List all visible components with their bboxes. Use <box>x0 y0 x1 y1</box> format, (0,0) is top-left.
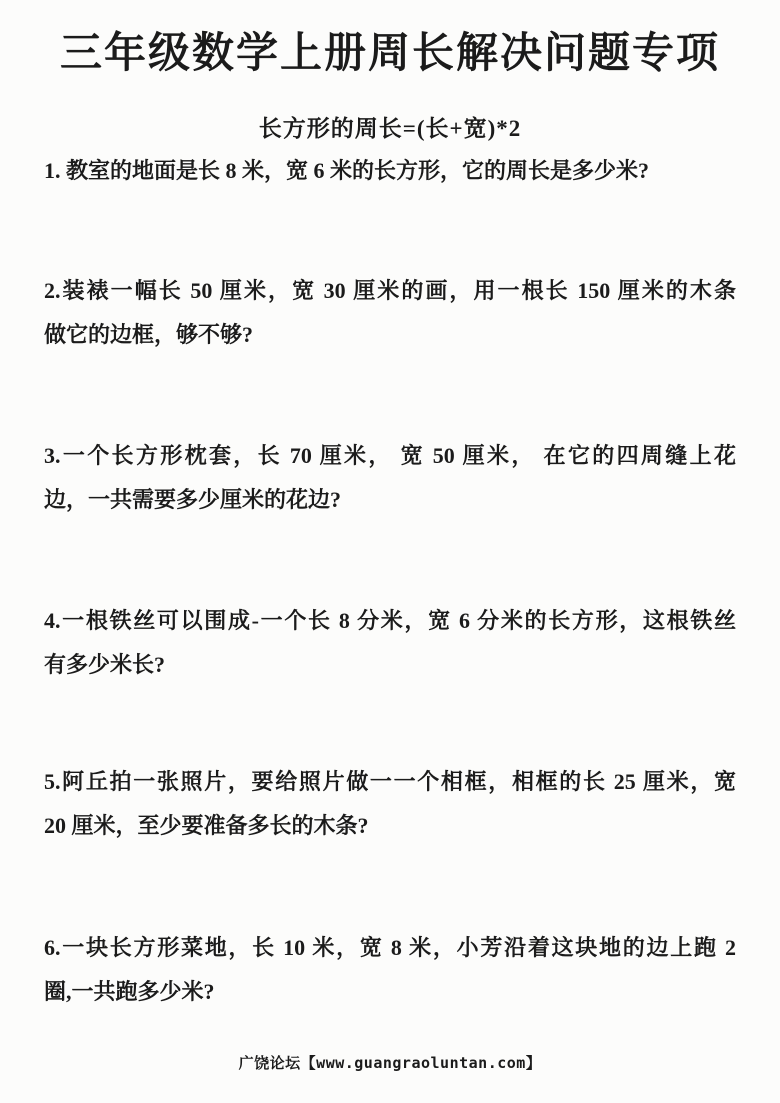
problem-4-line-1: 4.一根铁丝可以围成-一个长 8 分米，宽 6 分米的长方形，这根铁丝 <box>44 599 736 643</box>
formula-line: 长方形的周长=(长+宽)*2 <box>0 116 780 142</box>
problem-4: 4.一根铁丝可以围成-一个长 8 分米，宽 6 分米的长方形，这根铁丝 有多少米… <box>44 599 736 687</box>
problem-6-line-2: 圈,一共跑多少米? <box>44 970 736 1014</box>
problems-list: 1. 教室的地面是长 8 米，宽 6 米的长方形，它的周长是多少米? 2.装裱一… <box>0 149 780 1014</box>
problem-3: 3.一个长方形枕套，长 70 厘米， 宽 50 厘米， 在它的四周缝上花 边，一… <box>44 434 736 522</box>
footer-watermark: 广饶论坛【www.guangraoluntan.com】 <box>0 1053 780 1073</box>
worksheet-page: 三年级数学上册周长解决问题专项 长方形的周长=(长+宽)*2 1. 教室的地面是… <box>0 0 780 1103</box>
problem-2-line-1: 2.装裱一幅长 50 厘米，宽 30 厘米的画，用一根长 150 厘米的木条 <box>44 269 736 313</box>
problem-5-line-1: 5.阿丘拍一张照片，要给照片做一一个相框，相框的长 25 厘米，宽 <box>44 760 736 804</box>
problem-4-line-2: 有多少米长? <box>44 643 736 687</box>
problem-3-line-1: 3.一个长方形枕套，长 70 厘米， 宽 50 厘米， 在它的四周缝上花 <box>44 434 736 478</box>
page-title: 三年级数学上册周长解决问题专项 <box>0 0 780 78</box>
problem-3-line-2: 边，一共需要多少厘米的花边? <box>44 478 736 522</box>
problem-1: 1. 教室的地面是长 8 米，宽 6 米的长方形，它的周长是多少米? <box>44 149 736 193</box>
problem-5-line-2: 20 厘米，至少要准备多长的木条? <box>44 804 736 848</box>
problem-2-line-2: 做它的边框，够不够? <box>44 313 736 357</box>
problem-2: 2.装裱一幅长 50 厘米，宽 30 厘米的画，用一根长 150 厘米的木条 做… <box>44 269 736 357</box>
problem-1-text: 1. 教室的地面是长 8 米，宽 6 米的长方形，它的周长是多少米? <box>44 149 736 193</box>
problem-6-line-1: 6.一块长方形菜地，长 10 米，宽 8 米，小芳沿着这块地的边上跑 2 <box>44 926 736 970</box>
problem-5: 5.阿丘拍一张照片，要给照片做一一个相框，相框的长 25 厘米，宽 20 厘米，… <box>44 760 736 848</box>
problem-6: 6.一块长方形菜地，长 10 米，宽 8 米，小芳沿着这块地的边上跑 2 圈,一… <box>44 926 736 1014</box>
